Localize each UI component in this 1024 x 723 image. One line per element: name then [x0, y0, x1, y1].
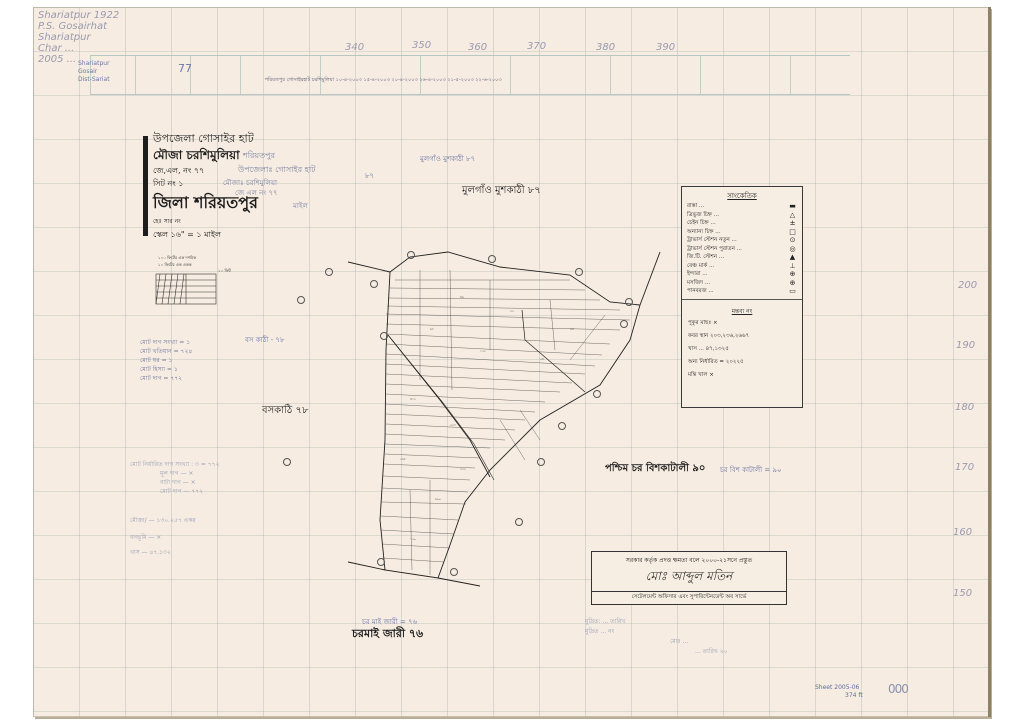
traverse-new-icon: ⊙ [788, 236, 797, 245]
corner-note: Shariatpur [38, 32, 119, 43]
jl-number: 77 [178, 62, 192, 75]
station-circle-icon [593, 390, 601, 398]
station-circle-icon [620, 320, 628, 328]
station-circle-icon [325, 268, 333, 276]
scale-diagram-label: ১০০ ফিটের এক দশমিক [158, 255, 196, 262]
summary-line: মোট দাগ সংখ্যা = ১ [140, 338, 192, 347]
corner-note: Char ... [38, 43, 119, 54]
station-circle-icon [488, 255, 496, 263]
sheet-stamp: 374 ft [845, 692, 863, 699]
pencil-note: মূল দাগ — × [130, 469, 220, 478]
stamp-line: Shariatpur [78, 60, 110, 68]
station-circle-icon [575, 268, 583, 276]
well-icon: ⊕ [788, 270, 797, 279]
diagonal-scale [152, 272, 222, 310]
legend-row: ট্রাভার্স স্টেশন নতুন ...⊙ [682, 236, 802, 245]
legend-row: জি.টি. স্টেশন ...▲ [682, 253, 802, 262]
pencil-note: শরিয়তপুর [243, 150, 275, 163]
west-neighbor-label: বসকাঠি ৭৮ [262, 403, 308, 420]
north-pencil-label: মুলগাঁও মুশকাঠী ৮৭ [420, 153, 475, 165]
west-pencil-label: বস কাঠী - ৭৮ [245, 334, 285, 346]
grid-number: 350 [412, 40, 431, 51]
svg-text:৬৪: ৬৪ [570, 327, 574, 331]
mosque-icon: ⊕ [788, 279, 797, 288]
legend-label: বেঞ্চ মার্ক ... [687, 262, 714, 271]
pencil-note: মুদ্রিত ... নং [585, 627, 728, 637]
svg-text:৩২২: ৩২২ [460, 467, 466, 471]
north-neighbor-label: মুলগাঁও মুশকাঠী ৮৭ [462, 183, 541, 200]
grid-number: 390 [656, 42, 675, 53]
station-circle-icon [370, 280, 378, 288]
certification-box: সরকার কর্তৃক প্রদত্ত ক্ষমতা বলে ২০০০-২১স… [591, 551, 787, 605]
svg-text:১২৫: ১২৫ [480, 349, 486, 353]
pencil-note: জে এল নং ৭৭ [235, 187, 278, 199]
grid-number: 360 [468, 42, 487, 53]
header-row-text: শরিয়তপুর গোসাইরহাট চরশিমুলিয়া ১০-৪-২০০… [265, 77, 502, 85]
scale-diagram-label: ১০ ফিটের এক একক [158, 262, 192, 269]
grid-number: 380 [596, 42, 615, 53]
svg-text:৭২০: ৭২০ [410, 537, 416, 541]
stamp-box: Shariatpur Gosair Dist-Sariat [78, 60, 110, 84]
pencil-note: উপজেলাঃ গোসাইর হাট [238, 164, 316, 177]
header-table [90, 55, 850, 95]
station-circle-icon [625, 298, 633, 306]
sheet-stamp: Sheet 2005-06 [815, 684, 859, 691]
legend-label: অন্যান্য চিহ্ন ... [687, 228, 721, 237]
legend-title: সাংকেতিক [682, 190, 802, 202]
legend-row: ত্রিভুজ চিহ্ন ...△ [682, 211, 802, 220]
grid-number: 340 [345, 42, 364, 53]
stamp-line: Gosair [78, 68, 110, 76]
station-circle-icon [297, 296, 305, 304]
margin-number: 160 [953, 527, 972, 538]
stamp-line: Dist-Sariat [78, 76, 110, 84]
summary-line: মোট হিস্যা = ১ [140, 365, 192, 374]
left-summary: মোট দাগ সংখ্যা = ১ মোট খতিয়ান = ৭২৪ মোট… [140, 338, 192, 383]
legend-label: ত্রিভুজ চিহ্ন ... [687, 211, 719, 220]
station-circle-icon [515, 518, 523, 526]
pencil-note: মাইল [293, 200, 308, 212]
station-circle-icon [450, 568, 458, 576]
svg-text:৪৬: ৪৬ [460, 295, 464, 299]
road-icon: ▬ [788, 202, 797, 211]
corner-note: Shariatpur 1922 [38, 10, 119, 21]
bottom-pencil-notes: মুদ্রিত: ... তারিখ মুদ্রিত ... নং মোঃ ..… [585, 617, 728, 657]
legend-note: পুকুর মাছঃ × [682, 317, 802, 330]
pencil-note: মুদ্রিত: ... তারিখ [585, 617, 728, 627]
officer-signature: মোঃ আব্দুল মতিন [592, 568, 786, 588]
margin-number: 200 [958, 280, 977, 291]
mouza-label: মৌজা চরশিমুলিয়া [153, 147, 240, 167]
pencil-note: বনভূমি — × [130, 533, 220, 542]
certification-text: সরকার কর্তৃক প্রদত্ত ক্ষমতা বলে ২০০০-২১স… [592, 552, 786, 566]
pencil-note: বাটা দাগ — × [130, 478, 220, 487]
corner-note: P.S. Gosairhat [38, 21, 119, 32]
legend-note: খাস ... ৪৭,১৩২৫ [682, 343, 802, 356]
legend-label: রাস্তা ... [687, 202, 704, 211]
legend-label: চেইন চিহ্ন ... [687, 219, 716, 228]
jl-label: জে,এল, নং ৭৭ [153, 165, 204, 178]
stamp-circles: 000 [888, 682, 908, 696]
station-circle-icon [407, 251, 415, 259]
legend-row: ট্রাভার্স স্টেশন পুরাতন ...◎ [682, 245, 802, 254]
pencil-note: মোট নির্ধারিত দাগ সংখ্যা : ৩ = ৭৭২ [130, 460, 220, 469]
legend-label: পানবরজ ... [687, 287, 714, 296]
station-circle-icon [377, 558, 385, 566]
left-pencil-notes: মোট নির্ধারিত দাগ সংখ্যা : ৩ = ৭৭২ মূল দ… [130, 460, 220, 557]
legend-label: মসজিদ ... [687, 279, 710, 288]
legend-row: মসজিদ ...⊕ [682, 279, 802, 288]
margin-number: 190 [956, 340, 975, 351]
legend-row: পানবরজ ...▭ [682, 287, 802, 296]
sheet-edge [988, 7, 991, 717]
pencil-note: মৌজা/ — ১৩০.২৫৭ একর [130, 516, 220, 525]
station-circle-icon [380, 332, 388, 340]
legend-label: ট্রাভার্স স্টেশন পুরাতন ... [687, 245, 742, 254]
margin-number: 180 [955, 402, 974, 413]
svg-text:৫৬৮: ৫৬৮ [400, 457, 406, 461]
north-small-label: ৮৭ [365, 170, 374, 182]
survey-number: হেঃ সার নং [153, 216, 181, 227]
summary-line: মোট খতিয়ান = ৭২৪ [140, 347, 192, 356]
legend-row: রাস্তা ...▬ [682, 202, 802, 211]
svg-text:৪১২: ৪১২ [410, 397, 416, 401]
legend-label: ট্রাভার্স স্টেশন নতুন ... [687, 236, 737, 245]
pencil-note: মোট দাগ — ৭৭২ [130, 487, 220, 496]
traverse-old-icon: ◎ [788, 245, 797, 254]
gt-station-icon: ▲ [788, 253, 797, 262]
margin-number: 150 [953, 588, 972, 599]
summary-line: মোট ঘর = ১ [140, 356, 192, 365]
legend-row: ইন্দারা ...⊕ [682, 270, 802, 279]
station-circle-icon [558, 422, 566, 430]
triangle-icon: △ [788, 211, 797, 220]
legend-note: কবর স্থান ২০৩,২৩৬,২৬৬৭ [682, 330, 802, 343]
legend-row: অন্যান্য চিহ্ন ...□ [682, 228, 802, 237]
legend-box: সাংকেতিক রাস্তা ...▬ ত্রিভুজ চিহ্ন ...△ … [681, 186, 803, 408]
south-neighbor-label: চরমাই জারী ৭৬ [352, 625, 423, 644]
legend-label: জি.টি. স্টেশন ... [687, 253, 724, 262]
svg-text:৬৮: ৬৮ [430, 327, 434, 331]
station-circle-icon [537, 458, 545, 466]
square-icon: □ [788, 228, 797, 237]
notes-subtitle: মন্তব্য নং [682, 306, 802, 317]
margin-number: 170 [955, 462, 974, 473]
chain-mark-icon: ± [788, 219, 797, 228]
svg-text:৩৫: ৩৫ [510, 309, 514, 313]
benchmark-icon: ⊥ [788, 262, 797, 271]
legend-note: মন্তি খাল × [682, 369, 802, 382]
svg-text:৩৫৭: ৩৫৭ [450, 423, 456, 427]
officer-designation: সেটেলমেন্ট অফিসার এবং সুপারিন্টেনডেন্ট অ… [592, 591, 786, 604]
east-pencil-label: চর বিশ কাটালী = ৯০ [720, 464, 782, 476]
scale-label: স্কেল ১৬" = ১ মাইল [153, 229, 221, 242]
betel-garden-icon: ▭ [788, 287, 797, 296]
legend-row: বেঞ্চ মার্ক ...⊥ [682, 262, 802, 271]
pencil-note: ... তারিখ ২০ [585, 647, 728, 657]
grid-number: 370 [527, 41, 546, 52]
pencil-note: মোঃ ... [585, 637, 728, 647]
summary-line: মোট দাগ = ৭৭২ [140, 374, 192, 383]
legend-note: অন্য নির্ধারিত = ২০২২৫ [682, 356, 802, 369]
pencil-note: খাস — ৪৭.১৩২ [130, 548, 220, 557]
parcel-map: ৪৬৩৫৬৮ ১২৫৩৪৪১২ ৩৫৭৫৬৮৬৯০ ৭২০৩২২৬৪ [340, 240, 670, 590]
svg-text:৩৪: ৩৪ [540, 357, 544, 361]
title-bar [143, 136, 148, 236]
legend-row: চেইন চিহ্ন ...± [682, 219, 802, 228]
svg-text:৬৯০: ৬৯০ [435, 497, 441, 501]
station-circle-icon [283, 458, 291, 466]
legend-label: ইন্দারা ... [687, 270, 707, 279]
